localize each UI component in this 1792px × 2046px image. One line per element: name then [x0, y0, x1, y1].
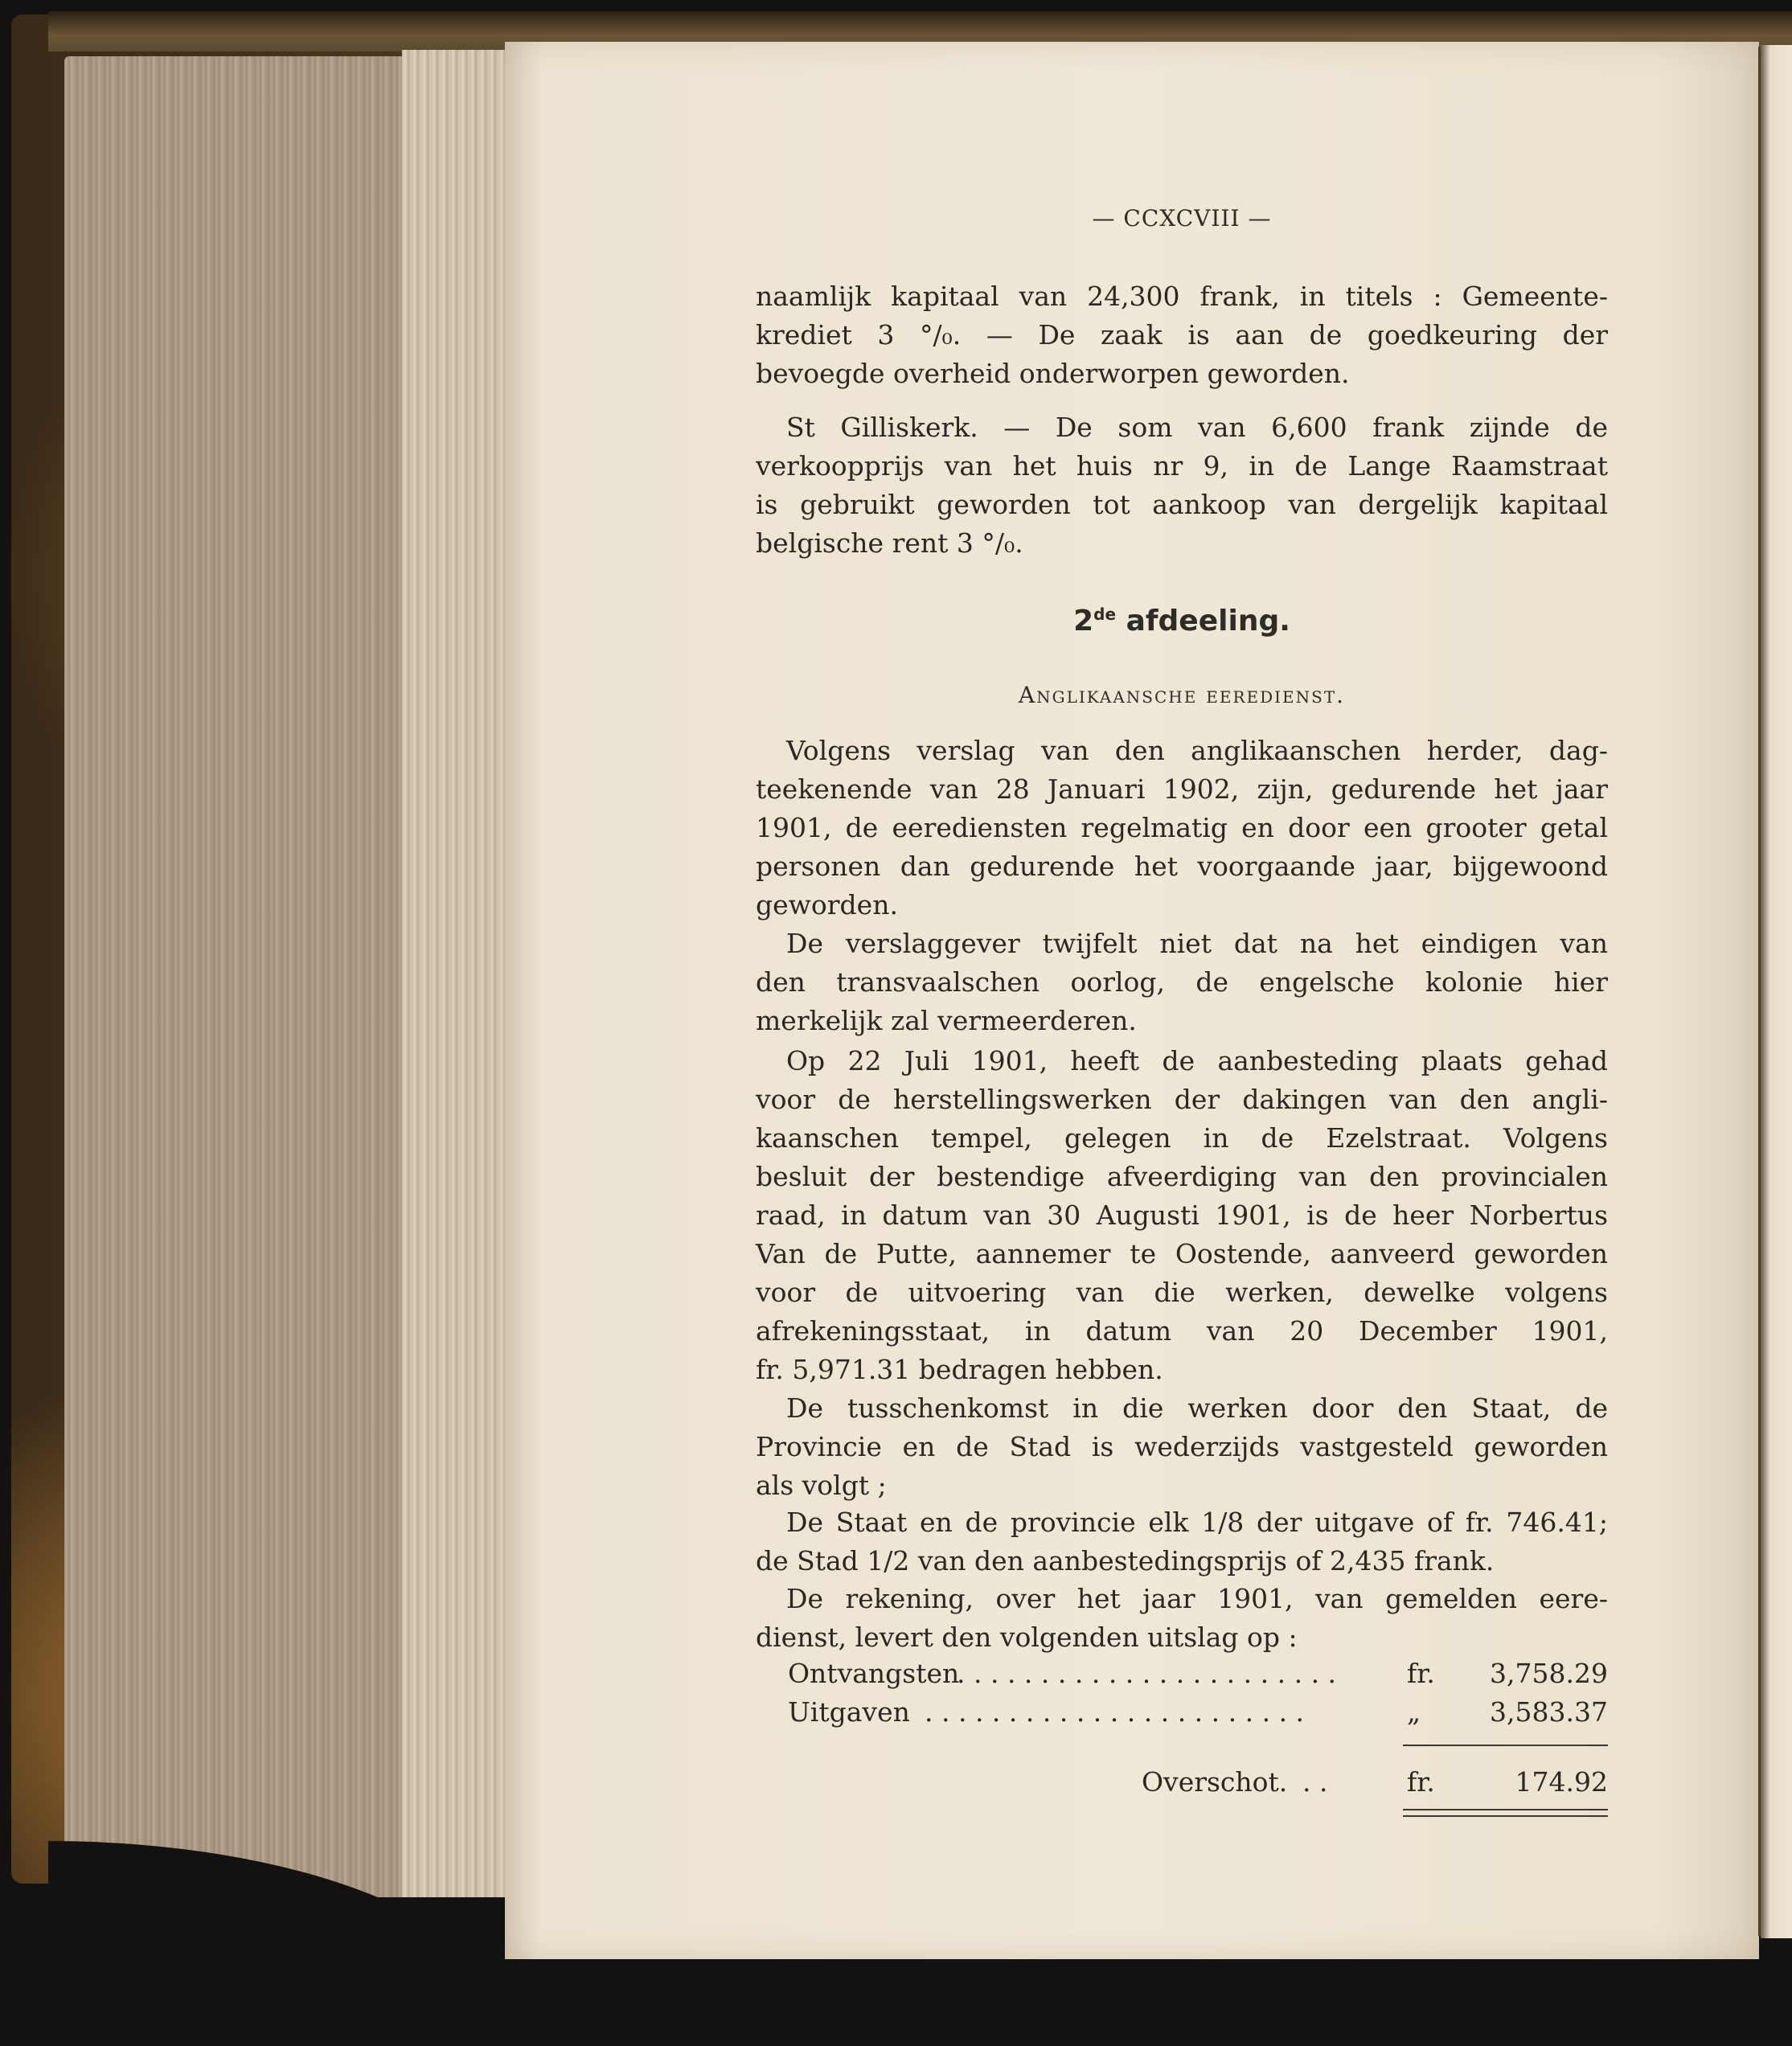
- text-line: krediet 3 °/₀. — De zaak is aan de goedk…: [756, 316, 1608, 355]
- book-bottom-shadow: [0, 1897, 515, 2046]
- next-page-edge: [1761, 45, 1792, 1938]
- paragraph-1: naamlijk kapitaal van 24,300 frank, in t…: [756, 277, 1608, 393]
- text-line: dienst, levert den volgenden uitslag op …: [756, 1618, 1608, 1657]
- total-double-rule-top: [1403, 1809, 1608, 1810]
- text-line: kaanschen tempel, gelegen in de Ezelstra…: [756, 1119, 1608, 1158]
- text-line: naamlijk kapitaal van 24,300 frank, in t…: [756, 277, 1608, 316]
- paragraph-4: De verslaggever twijfelt niet dat na het…: [756, 925, 1608, 1040]
- text-line: voor de uitvoering van die werken, dewel…: [756, 1273, 1608, 1312]
- text-line: den transvaalschen oorlog, de engelsche …: [756, 963, 1608, 1002]
- section-subheading: Anglikaansche eeredienst.: [756, 682, 1608, 708]
- text-line: voor de herstellingswerken der dakingen …: [756, 1080, 1608, 1119]
- leader-dots: . . . . . . . . . . . . . . . . . . . . …: [925, 1696, 1391, 1728]
- paragraph-2: St Gilliskerk. — De som van 6,600 frank …: [756, 408, 1608, 563]
- text-line: De rekening, over het jaar 1901, van gem…: [756, 1580, 1608, 1618]
- text-line: Van de Putte, aannemer te Oostende, aanv…: [756, 1235, 1608, 1273]
- text-line: bevoegde overheid onderworpen geworden.: [756, 355, 1608, 393]
- text-line: personen dan gedurende het voorgaande ja…: [756, 847, 1608, 886]
- heading-number: 2: [1073, 605, 1093, 638]
- text-line: als volgt ;: [756, 1466, 1608, 1505]
- text-line: Volgens verslag van den anglikaanschen h…: [756, 732, 1608, 770]
- page-number: — CCXCVIII —: [756, 205, 1608, 232]
- account-label: Ontvangsten: [788, 1658, 959, 1689]
- total-double-rule-bottom: [1403, 1815, 1608, 1817]
- account-currency: „: [1407, 1696, 1421, 1728]
- text-line: geworden.: [756, 886, 1608, 925]
- account-row-receipts: . . . . . . . . . . . . . . . . . . . . …: [788, 1658, 1608, 1696]
- paragraph-3: Volgens verslag van den anglikaanschen h…: [756, 732, 1608, 925]
- account-label: Uitgaven: [788, 1696, 910, 1728]
- text-line: De Staat en de provincie elk 1/8 der uit…: [756, 1503, 1608, 1542]
- text-line: besluit der bestendige afveerdiging van …: [756, 1158, 1608, 1196]
- text-line: de Stad 1/2 van den aanbestedingsprijs o…: [756, 1542, 1608, 1581]
- page-edges-light: [402, 50, 506, 1963]
- section-heading: 2de afdeeling.: [756, 605, 1608, 638]
- text-line: 1901, de eerediensten regelmatig en door…: [756, 809, 1608, 847]
- text-line: fr. 5,971.31 bedragen hebben.: [756, 1351, 1608, 1389]
- total-currency: fr.: [1407, 1766, 1435, 1798]
- text-line: belgische rent 3 °/₀.: [756, 524, 1608, 563]
- paragraph-6: De tusschenkomst in die werken door den …: [756, 1389, 1608, 1505]
- text-line: De tusschenkomst in die werken door den …: [756, 1389, 1608, 1428]
- text-line: raad, in datum van 30 Augusti 1901, is d…: [756, 1196, 1608, 1235]
- heading-ordinal: de: [1093, 605, 1116, 624]
- account-row-surplus: Overschot. . . fr. 174.92: [788, 1766, 1608, 1805]
- text-line: Op 22 Juli 1901, heeft de aanbesteding p…: [756, 1042, 1608, 1080]
- heading-text: afdeeling.: [1116, 605, 1290, 638]
- total-amount: 174.92: [1515, 1766, 1608, 1798]
- total-label: Overschot.: [1142, 1766, 1287, 1798]
- text-line: Provincie en de Stad is wederzijds vastg…: [756, 1428, 1608, 1466]
- text-line: afrekeningsstaat, in datum van 20 Decemb…: [756, 1312, 1608, 1351]
- text-line: merkelijk zal vermeerderen.: [756, 1002, 1608, 1040]
- account-amount: 3,758.29: [1490, 1658, 1608, 1689]
- account-row-expenses: . . . . . . . . . . . . . . . . . . . . …: [788, 1696, 1608, 1735]
- account-amount: 3,583.37: [1490, 1696, 1608, 1728]
- leader-dots: . .: [1302, 1766, 1399, 1798]
- text-line: St Gilliskerk. — De som van 6,600 frank …: [756, 408, 1608, 447]
- paragraph-8: De rekening, over het jaar 1901, van gem…: [756, 1580, 1608, 1657]
- paragraph-5: Op 22 Juli 1901, heeft de aanbesteding p…: [756, 1042, 1608, 1389]
- leader-dots: . . . . . . . . . . . . . . . . . . . . …: [957, 1658, 1391, 1689]
- text-line: verkoopprijs van het huis nr 9, in de La…: [756, 447, 1608, 486]
- text-line: teekenende van 28 Januari 1902, zijn, ge…: [756, 770, 1608, 809]
- subtotal-rule: [1403, 1745, 1608, 1746]
- text-line: is gebruikt geworden tot aankoop van der…: [756, 486, 1608, 524]
- account-currency: fr.: [1407, 1658, 1435, 1689]
- text-line: De verslaggever twijfelt niet dat na het…: [756, 925, 1608, 963]
- paragraph-7: De Staat en de provincie elk 1/8 der uit…: [756, 1503, 1608, 1581]
